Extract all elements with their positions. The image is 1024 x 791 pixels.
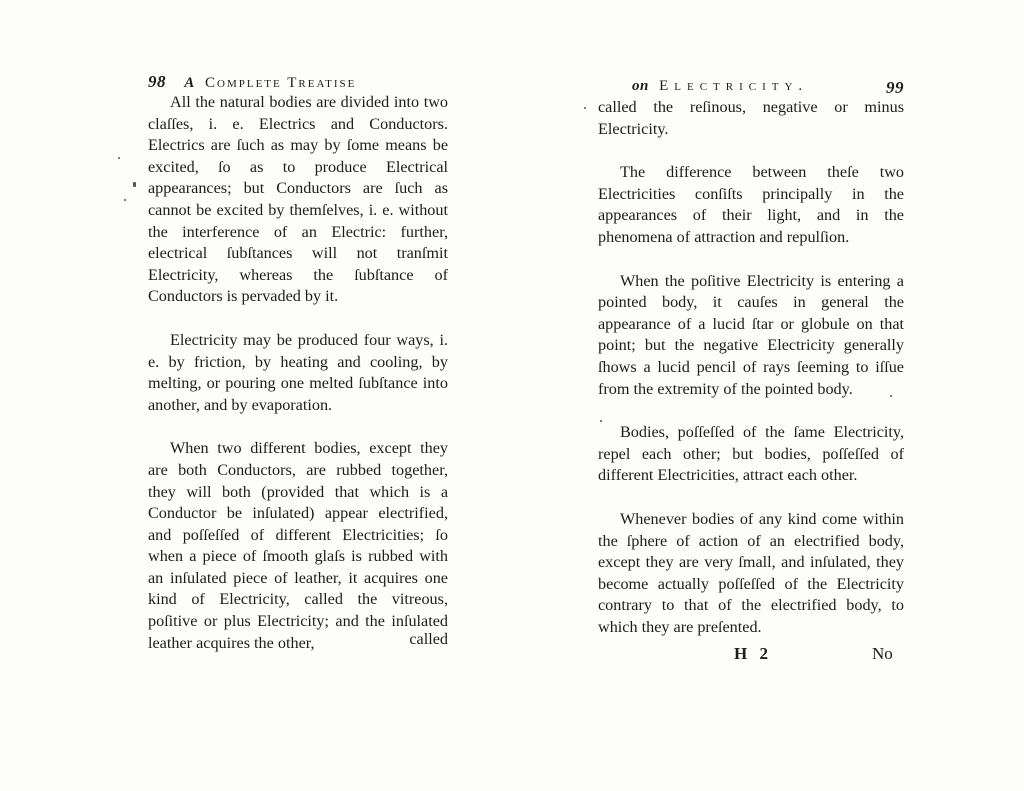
paragraph: Bodies, poſſeſſed of the ſame Electricit… bbox=[598, 422, 904, 487]
ink-speck bbox=[584, 107, 586, 109]
running-head-right: on Electricity. 99 bbox=[632, 78, 904, 95]
catchword-right: No bbox=[872, 644, 893, 664]
page-number-right: 99 bbox=[886, 78, 904, 98]
paragraph: The difference between theſe two Electri… bbox=[598, 162, 904, 248]
right-page: on Electricity. 99 called the reſinous, … bbox=[512, 0, 1024, 791]
page-number-left: 98 bbox=[148, 72, 166, 91]
paragraph: When the poſitive Electricity is enterin… bbox=[598, 271, 904, 401]
ink-speck bbox=[124, 199, 126, 201]
left-page: 98 A Complete Treatise All the natural b… bbox=[0, 0, 512, 791]
running-head-prefix-left: A bbox=[184, 75, 195, 91]
paragraph-continued: called the reſinous, negative or minus E… bbox=[598, 97, 904, 140]
running-head-prefix-right: on bbox=[632, 78, 649, 94]
running-head-title-left: Complete Treatise bbox=[205, 75, 356, 91]
running-head-left: 98 A Complete Treatise bbox=[148, 72, 448, 92]
catchword-left: called bbox=[148, 630, 448, 649]
paragraph: All the natural bodies are divided into … bbox=[148, 92, 448, 308]
book-spread: 98 A Complete Treatise All the natural b… bbox=[0, 0, 1024, 791]
ink-speck bbox=[133, 182, 136, 187]
paragraph: When two different bodies, except they a… bbox=[148, 438, 448, 654]
paragraph: Electricity may be produced four ways, i… bbox=[148, 330, 448, 416]
body-text-right: called the reſinous, negative or minus E… bbox=[598, 97, 904, 638]
running-head-title-right: Electricity. bbox=[659, 78, 808, 94]
ink-speck bbox=[890, 395, 892, 397]
signature-mark: H 2 bbox=[734, 644, 772, 664]
paragraph: Whenever bodies of any kind come within … bbox=[598, 509, 904, 639]
body-text-left: All the natural bodies are divided into … bbox=[148, 92, 448, 654]
ink-speck bbox=[118, 157, 120, 159]
ink-speck bbox=[600, 420, 602, 422]
